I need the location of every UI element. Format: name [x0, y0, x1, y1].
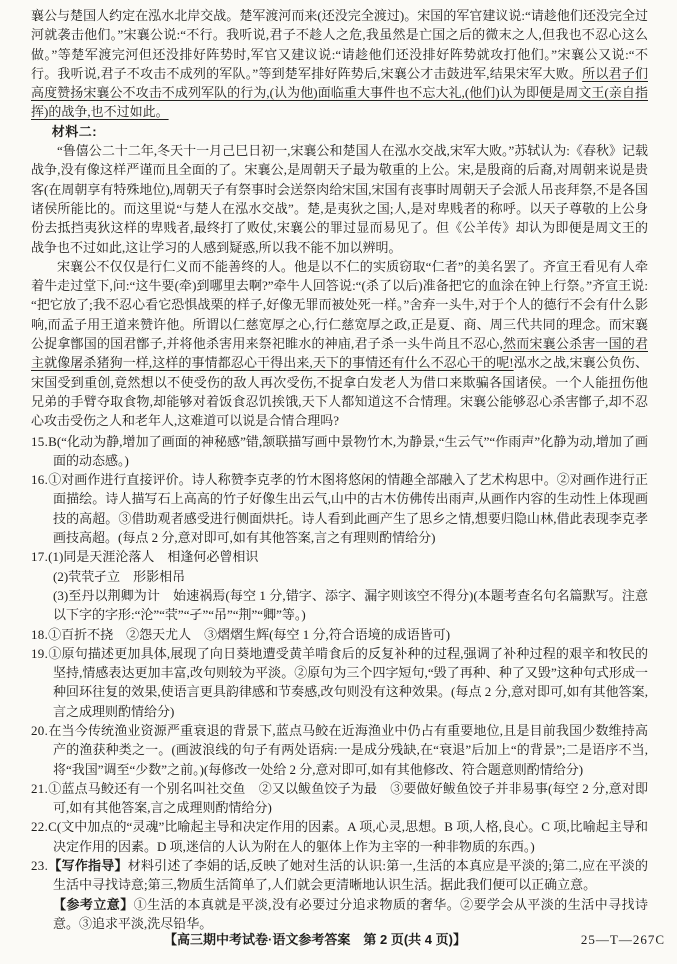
answer-text: C(文中加点的“灵魂”比喻起主导和决定作用的因素。A 项,心灵,思想。B 项,人…	[48, 819, 648, 853]
answer-item-16: 16.①对画作进行直接评价。诗人称赞李克孝的竹木图将悠闲的情趣全部融入了艺术构思…	[31, 470, 648, 547]
material2-paragraph-2: 宋襄公不仅仅是行仁义而不能善终的人。他是以不仁的实质窃取“仁者”的美名罢了。齐宣…	[31, 257, 648, 431]
answer-sheet-page: 襄公与楚国人约定在泓水北岸交战。楚军渡河而来(还没完全渡过)。宋国的军官建议说:…	[0, 0, 677, 964]
material1-translation-paragraph: 襄公与楚国人约定在泓水北岸交战。楚军渡河而来(还没完全渡过)。宋国的军官建议说:…	[31, 6, 648, 122]
answer-number: 16.	[31, 472, 48, 487]
answer-text: ①蓝点马鲛还有一个别名叫社交鱼 ②又以鲅鱼饺子为最 ③要做好鲅鱼饺子并非易事(每…	[48, 781, 648, 815]
writing-guide-text: 材料引述了李娟的话,反映了她对生活的认识:第一,生活的本真应是平淡的;第二,应在…	[53, 858, 648, 892]
answer-text: ①原句描述更加具体,展现了向日葵地遭受黄羊啃食后的反复补种的过程,强调了补种过程…	[48, 646, 648, 719]
material2-heading: 材料二:	[31, 122, 648, 141]
answer-text: B(“化动为静,增加了画面的神秘感”错,颔联描写画中景物竹木,为静景,“生云气”…	[48, 434, 648, 468]
answer-number: 15.	[31, 434, 48, 449]
answer-item-17: 17.(1)同是天涯沦落人 相逢何必曾相识 (2)茕茕孑立 形影相吊 (3)至丹…	[31, 547, 648, 624]
answer-item-22: 22.C(文中加点的“灵魂”比喻起主导和决定作用的因素。A 项,心灵,思想。B …	[31, 817, 648, 856]
footer-title-page-number: 【高三期中考试卷·语文参考答案 第 2 页(共 4 页)】	[120, 929, 510, 951]
answer-text: ①对画作进行直接评价。诗人称赞李克孝的竹木图将悠闲的情趣全部融入了艺术构思中。②…	[48, 472, 648, 545]
answer-number: 23.	[31, 858, 48, 873]
answer-number: 20.	[31, 723, 48, 738]
reference-ideas-text: ①生活的本真就是平淡,没有必要过分追求物质的奢华。②要学会从平淡的生活中寻找诗意…	[53, 897, 648, 931]
answer-item-21: 21.①蓝点马鲛还有一个别名叫社交鱼 ②又以鲅鱼饺子为最 ③要做好鲅鱼饺子并非易…	[31, 779, 648, 818]
answer-number: 22.	[31, 819, 48, 834]
writing-guide-label: 【写作指导】	[48, 858, 128, 873]
answer-number: 21.	[31, 781, 48, 796]
answer-list: 15.B(“化动为静,增加了画面的神秘感”错,颔联描写画中景物竹木,为静景,“生…	[31, 432, 648, 934]
answer-number: 17.	[31, 549, 48, 564]
reference-ideas-label: 【参考立意】	[53, 897, 134, 912]
answer-number: 19.	[31, 646, 48, 661]
material1-translation-text: 襄公与楚国人约定在泓水北岸交战。楚军渡河而来(还没完全渡过)。宋国的军官建议说:…	[31, 8, 648, 81]
answer-number: 18.	[31, 627, 48, 642]
answer-text: ①百折不挠 ②怨天尤人 ③熠熠生辉(每空 1 分,符合语境的成语皆可)	[48, 627, 450, 642]
answer-item-20: 20.在当今传统渔业资源严重衰退的背景下,蓝点马鲛在近海渔业中仍占有重要地位,且…	[31, 721, 648, 779]
reference-ideas-line: 【参考立意】①生活的本真就是平淡,没有必要过分追求物质的奢华。②要学会从平淡的生…	[53, 895, 648, 934]
answer-text: 在当今传统渔业资源严重衰退的背景下,蓝点马鲛在近海渔业中仍占有重要地位,且是目前…	[48, 723, 648, 777]
answer-item-15: 15.B(“化动为静,增加了画面的神秘感”错,颔联描写画中景物竹木,为静景,“生…	[31, 432, 648, 471]
answer-item-19: 19.①原句描述更加具体,展现了向日葵地遭受黄羊啃食后的反复补种的过程,强调了补…	[31, 644, 648, 721]
material2-paragraph-1: “鲁僖公二十二年,冬天十一月己巳日初一,宋襄公和楚国人在泓水交战,宋军大败。”苏…	[31, 141, 648, 257]
answer-text-line-1: (1)同是天涯沦落人 相逢何必曾相识	[48, 549, 258, 564]
answer-item-18: 18.①百折不挠 ②怨天尤人 ③熠熠生辉(每空 1 分,符合语境的成语皆可)	[31, 625, 648, 644]
page-footer: 【高三期中考试卷·语文参考答案 第 2 页(共 4 页)】 25—T—267C	[0, 929, 677, 951]
answer-item-23: 23.【写作指导】材料引述了李娟的话,反映了她对生活的认识:第一,生活的本真应是…	[31, 856, 648, 933]
answer-text-line-3: (3)至丹以荆卿为计 始速祸焉(每空 1 分,错字、添字、漏字则该空不得分)(本…	[53, 586, 648, 625]
footer-paper-code: 25—T—267C	[581, 929, 665, 951]
answer-text-line-2: (2)茕茕孑立 形影相吊	[53, 567, 648, 586]
